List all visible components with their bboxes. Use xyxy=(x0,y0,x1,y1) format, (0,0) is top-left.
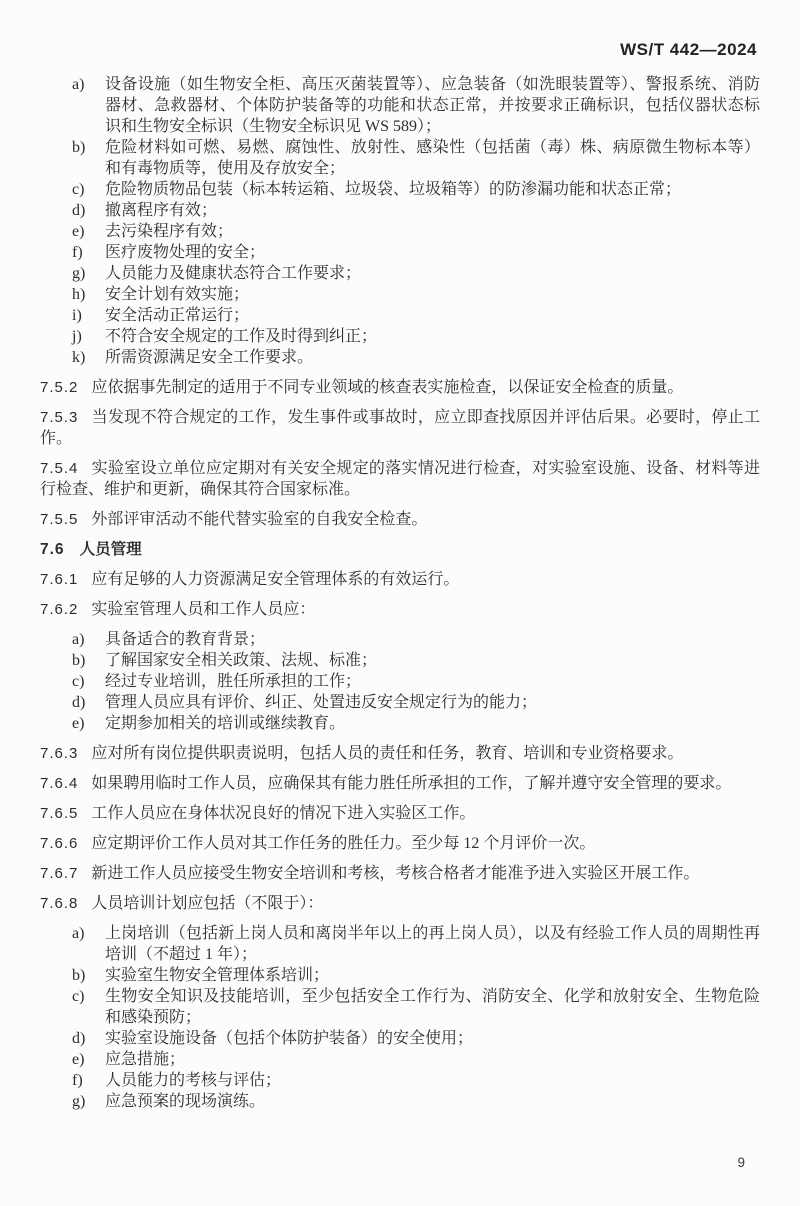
list-item-text: 生物安全知识及技能培训，至少包括安全工作行为、消防安全、化学和放射安全、生物危险… xyxy=(105,986,760,1028)
clause-paragraph: 7.6.5工作人员应在身体状况良好的情况下进入实验区工作。 xyxy=(40,803,760,824)
list-item-label: i) xyxy=(72,305,105,326)
list-item: e)定期参加相关的培训或继续教育。 xyxy=(40,713,760,734)
list-item-text: 人员能力的考核与评估； xyxy=(105,1070,760,1091)
clause-number: 7.5.3 xyxy=(40,409,78,426)
list-item-label: b) xyxy=(72,137,105,179)
section-number: 7.6 xyxy=(40,541,65,558)
list-item-label: d) xyxy=(72,692,105,713)
list-item: f)人员能力的考核与评估； xyxy=(40,1070,760,1091)
list-item-text: 定期参加相关的培训或继续教育。 xyxy=(105,713,760,734)
clause-paragraph: 7.6.8人员培训计划应包括（不限于）： xyxy=(40,893,760,914)
list-item-text: 了解国家安全相关政策、法规、标准； xyxy=(105,650,760,671)
clause-number: 7.6.3 xyxy=(40,745,78,762)
clause-number: 7.6.6 xyxy=(40,835,78,852)
document-page: WS/T 442—2024 a)设备设施（如生物安全柜、高压灭菌装置等）、应急装… xyxy=(0,0,800,1206)
document-body: a)设备设施（如生物安全柜、高压灭菌装置等）、应急装备（如洗眼装置等）、警报系统… xyxy=(40,74,760,1121)
list-item: e)去污染程序有效； xyxy=(40,221,760,242)
list-item-text: 去污染程序有效； xyxy=(105,221,760,242)
list-item-text: 实验室设施设备（包括个体防护装备）的安全使用； xyxy=(105,1028,760,1049)
list-item-text: 所需资源满足安全工作要求。 xyxy=(105,347,760,368)
list-item: a)具备适合的教育背景； xyxy=(40,629,760,650)
list-item-text: 上岗培训（包括新上岗人员和离岗半年以上的再上岗人员），以及有经验工作人员的周期性… xyxy=(105,923,760,965)
list-item-text: 人员能力及健康状态符合工作要求； xyxy=(105,263,760,284)
list-item-label: j) xyxy=(72,326,105,347)
clause-text: 工作人员应在身体状况良好的情况下进入实验区工作。 xyxy=(91,805,475,822)
list-item: d)实验室设施设备（包括个体防护装备）的安全使用； xyxy=(40,1028,760,1049)
list-item-label: b) xyxy=(72,650,105,671)
list-item: b)实验室生物安全管理体系培训； xyxy=(40,965,760,986)
list-item-label: b) xyxy=(72,965,105,986)
list-item-text: 撤离程序有效； xyxy=(105,200,760,221)
list-item: h)安全计划有效实施； xyxy=(40,284,760,305)
list-item-label: e) xyxy=(72,1049,105,1070)
clause-text: 应有足够的人力资源满足安全管理体系的有效运行。 xyxy=(91,571,459,588)
lettered-list: a)具备适合的教育背景；b)了解国家安全相关政策、法规、标准；c)经过专业培训，… xyxy=(40,629,760,734)
list-item-text: 不符合安全规定的工作及时得到纠正； xyxy=(105,326,760,347)
clause-number: 7.6.2 xyxy=(40,601,78,618)
list-item-label: a) xyxy=(72,923,105,965)
clause-number: 7.6.4 xyxy=(40,775,78,792)
list-item-label: g) xyxy=(72,263,105,284)
clause-paragraph: 7.5.4实验室设立单位应定期对有关安全规定的落实情况进行检查，对实验室设施、设… xyxy=(40,458,760,500)
clause-paragraph: 7.5.5外部评审活动不能代替实验室的自我安全检查。 xyxy=(40,509,760,530)
standard-number: WS/T 442—2024 xyxy=(620,40,757,59)
clause-paragraph: 7.6.4如果聘用临时工作人员，应确保其有能力胜任所承担的工作，了解并遵守安全管… xyxy=(40,773,760,794)
list-item-label: e) xyxy=(72,221,105,242)
list-item: a)设备设施（如生物安全柜、高压灭菌装置等）、应急装备（如洗眼装置等）、警报系统… xyxy=(40,74,760,137)
list-item-label: d) xyxy=(72,1028,105,1049)
list-item-label: h) xyxy=(72,284,105,305)
list-item-text: 应急措施； xyxy=(105,1049,760,1070)
list-item: j)不符合安全规定的工作及时得到纠正； xyxy=(40,326,760,347)
list-item-text: 医疗废物处理的安全； xyxy=(105,242,760,263)
list-item: i)安全活动正常运行； xyxy=(40,305,760,326)
list-item-text: 具备适合的教育背景； xyxy=(105,629,760,650)
list-item-text: 管理人员应具有评价、纠正、处置违反安全规定行为的能力； xyxy=(105,692,760,713)
list-item-text: 危险材料如可燃、易燃、腐蚀性、放射性、感染性（包括菌（毒）株、病原微生物标本等）… xyxy=(105,137,760,179)
list-item: e)应急措施； xyxy=(40,1049,760,1070)
list-item-label: d) xyxy=(72,200,105,221)
clause-paragraph: 7.6.7新进工作人员应接受生物安全培训和考核，考核合格者才能准予进入实验区开展… xyxy=(40,863,760,884)
clause-paragraph: 7.6.2实验室管理人员和工作人员应： xyxy=(40,599,760,620)
list-item: k)所需资源满足安全工作要求。 xyxy=(40,347,760,368)
clause-text: 实验室管理人员和工作人员应： xyxy=(91,601,315,618)
list-item: d)撤离程序有效； xyxy=(40,200,760,221)
list-item: f)医疗废物处理的安全； xyxy=(40,242,760,263)
list-item-label: f) xyxy=(72,242,105,263)
clause-number: 7.6.1 xyxy=(40,571,78,588)
list-item-label: k) xyxy=(72,347,105,368)
list-item-text: 实验室生物安全管理体系培训； xyxy=(105,965,760,986)
clause-number: 7.6.7 xyxy=(40,865,78,882)
clause-number: 7.5.4 xyxy=(40,460,78,477)
clause-number: 7.5.2 xyxy=(40,379,78,396)
clause-text: 人员培训计划应包括（不限于）： xyxy=(91,895,323,912)
clause-paragraph: 7.6.6应定期评价工作人员对其工作任务的胜任力。至少每 12 个月评价一次。 xyxy=(40,833,760,854)
list-item-text: 危险物质物品包装（标本转运箱、垃圾袋、垃圾箱等）的防渗漏功能和状态正常； xyxy=(105,179,760,200)
clause-paragraph: 7.5.2应依据事先制定的适用于不同专业领域的核查表实施检查，以保证安全检查的质… xyxy=(40,377,760,398)
list-item: g)人员能力及健康状态符合工作要求； xyxy=(40,263,760,284)
clause-text: 当发现不符合规定的工作，发生事件或事故时，应立即查找原因并评估后果。必要时，停止… xyxy=(40,409,760,447)
clause-text: 如果聘用临时工作人员，应确保其有能力胜任所承担的工作，了解并遵守安全管理的要求。 xyxy=(91,775,731,792)
list-item-label: g) xyxy=(72,1091,105,1112)
clause-number: 7.6.8 xyxy=(40,895,78,912)
list-item-label: f) xyxy=(72,1070,105,1091)
list-item-text: 经过专业培训，胜任所承担的工作； xyxy=(105,671,760,692)
clause-paragraph: 7.6.1应有足够的人力资源满足安全管理体系的有效运行。 xyxy=(40,569,760,590)
list-item: d)管理人员应具有评价、纠正、处置违反安全规定行为的能力； xyxy=(40,692,760,713)
section-heading: 7.6人员管理 xyxy=(40,539,760,560)
lettered-list: a)上岗培训（包括新上岗人员和离岗半年以上的再上岗人员），以及有经验工作人员的周… xyxy=(40,923,760,1112)
clause-paragraph: 7.6.3应对所有岗位提供职责说明，包括人员的责任和任务，教育、培训和专业资格要… xyxy=(40,743,760,764)
list-item: a)上岗培训（包括新上岗人员和离岗半年以上的再上岗人员），以及有经验工作人员的周… xyxy=(40,923,760,965)
list-item-label: a) xyxy=(72,74,105,137)
clause-number: 7.5.5 xyxy=(40,511,78,528)
list-item-label: e) xyxy=(72,713,105,734)
page-number: 9 xyxy=(737,1155,745,1170)
list-item-text: 设备设施（如生物安全柜、高压灭菌装置等）、应急装备（如洗眼装置等）、警报系统、消… xyxy=(105,74,760,137)
clause-text: 实验室设立单位应定期对有关安全规定的落实情况进行检查，对实验室设施、设备、材料等… xyxy=(40,460,760,498)
page-footer: 9 xyxy=(737,1155,745,1170)
clause-paragraph: 7.5.3当发现不符合规定的工作，发生事件或事故时，应立即查找原因并评估后果。必… xyxy=(40,407,760,449)
list-item: b)了解国家安全相关政策、法规、标准； xyxy=(40,650,760,671)
clause-text: 新进工作人员应接受生物安全培训和考核，考核合格者才能准予进入实验区开展工作。 xyxy=(91,865,699,882)
list-item-label: c) xyxy=(72,671,105,692)
clause-text: 应对所有岗位提供职责说明，包括人员的责任和任务，教育、培训和专业资格要求。 xyxy=(91,745,683,762)
list-item: c)生物安全知识及技能培训，至少包括安全工作行为、消防安全、化学和放射安全、生物… xyxy=(40,986,760,1028)
list-item: g)应急预案的现场演练。 xyxy=(40,1091,760,1112)
list-item-label: a) xyxy=(72,629,105,650)
list-item-label: c) xyxy=(72,986,105,1028)
clause-text: 应依据事先制定的适用于不同专业领域的核查表实施检查，以保证安全检查的质量。 xyxy=(91,379,683,396)
list-item-text: 应急预案的现场演练。 xyxy=(105,1091,760,1112)
section-title: 人员管理 xyxy=(80,541,142,558)
clause-text: 外部评审活动不能代替实验室的自我安全检查。 xyxy=(91,511,427,528)
list-item-label: c) xyxy=(72,179,105,200)
list-item-text: 安全计划有效实施； xyxy=(105,284,760,305)
clause-number: 7.6.5 xyxy=(40,805,78,822)
list-item: b)危险材料如可燃、易燃、腐蚀性、放射性、感染性（包括菌（毒）株、病原微生物标本… xyxy=(40,137,760,179)
list-item-text: 安全活动正常运行； xyxy=(105,305,760,326)
clause-text: 应定期评价工作人员对其工作任务的胜任力。至少每 12 个月评价一次。 xyxy=(91,835,595,852)
document-header: WS/T 442—2024 xyxy=(620,40,757,60)
lettered-list: a)设备设施（如生物安全柜、高压灭菌装置等）、应急装备（如洗眼装置等）、警报系统… xyxy=(40,74,760,368)
list-item: c)经过专业培训，胜任所承担的工作； xyxy=(40,671,760,692)
list-item: c)危险物质物品包装（标本转运箱、垃圾袋、垃圾箱等）的防渗漏功能和状态正常； xyxy=(40,179,760,200)
